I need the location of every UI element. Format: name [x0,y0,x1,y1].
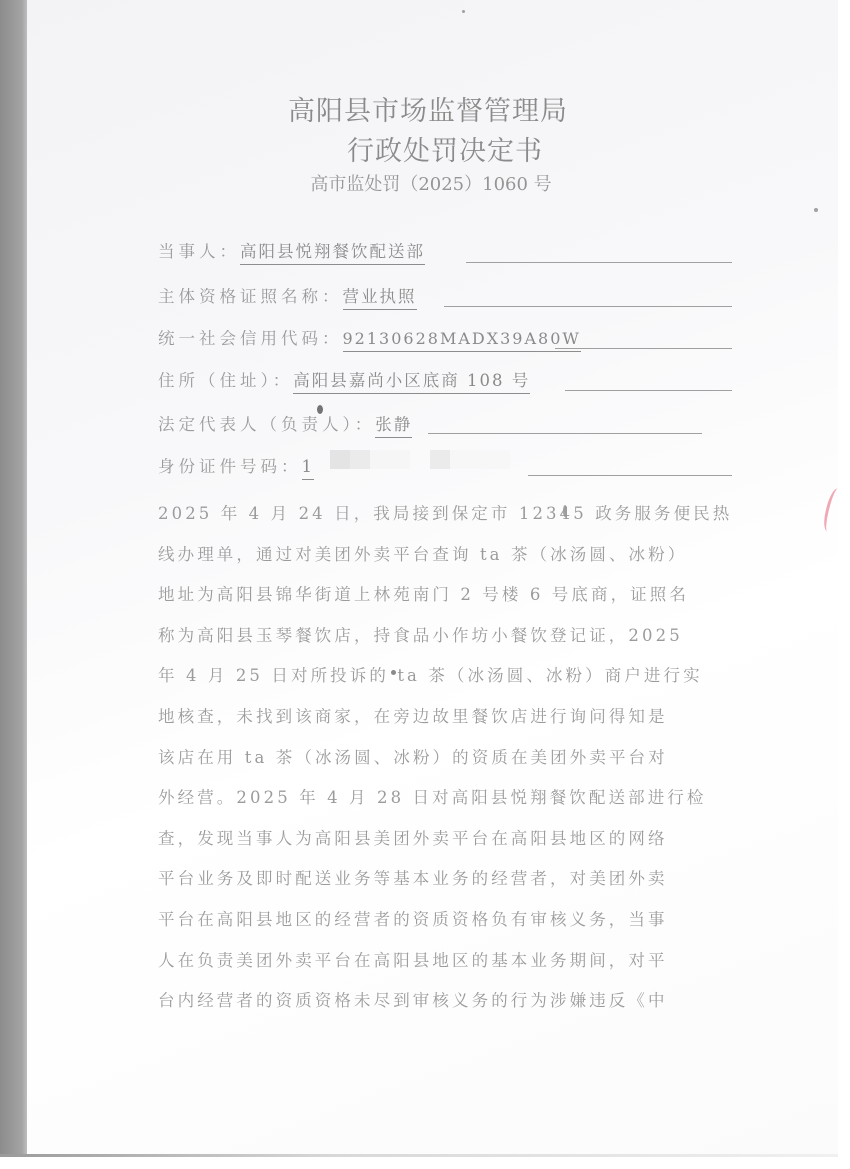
body-line: 该店在用 ta 茶（冰汤圆、冰粉）的资质在美团外卖平台对 [158,738,742,779]
field-license-name: 主体资格证照名称：营业执照 [158,283,417,313]
redaction-block [430,450,450,469]
field-party-value: 高阳县悦翔餐饮配送部 [240,240,425,265]
underline [565,390,732,391]
body-line: 平台在高阳县地区的经营者的资质资格负有审核义务，当事 [158,900,742,941]
body-paragraph: 2025 年 4 月 24 日，我局接到保定市 12345 政务服务便民热 线办… [158,494,742,1022]
body-line: 称为高阳县玉琴餐饮店，持食品小作坊小餐饮登记证，2025 [158,616,742,657]
body-line: 地址为高阳县锦华街道上林苑南门 2 号楼 6 号底商，证照名 [158,575,742,616]
underline [528,475,732,476]
field-legal-representative: 法定代表人（负责人）：张静 [158,411,412,441]
body-line: 地核查，未找到该商家，在旁边故里餐饮店进行询问得知是 [158,697,742,738]
field-id-number: 身份证件号码：1 [158,453,314,483]
scan-speck [462,10,465,13]
field-license-name-label: 主体资格证照名称： [158,287,343,306]
field-party-label: 当事人： [158,242,240,261]
underline [444,306,732,307]
field-party: 当事人：高阳县悦翔餐饮配送部 [158,238,425,268]
agency-name: 高阳县市场监督管理局 [6,92,850,132]
underline [555,348,732,349]
field-credit-code-label: 统一社会信用代码： [158,329,343,348]
field-address-label: 住所（住址）： [158,371,293,390]
field-legal-representative-label: 法定代表人（负责人）： [158,415,375,434]
field-address: 住所（住址）：高阳县嘉尚小区底商 108 号 [158,367,530,397]
redaction-block [330,450,350,469]
field-credit-code: 统一社会信用代码：92130628MADX39A80W [158,325,581,355]
body-line: 线办理单，通过对美团外卖平台查询 ta 茶（冰汤圆、冰粉） [158,535,742,576]
body-line: 2025 年 4 月 24 日，我局接到保定市 12345 政务服务便民热 [158,494,742,535]
redaction-block [450,450,510,469]
paper-bottom-edge [0,1154,838,1157]
field-credit-code-value: 92130628MADX39A80W [343,327,581,352]
body-line: 查，发现当事人为高阳县美团外卖平台在高阳县地区的网络 [158,819,742,860]
underline [466,262,732,263]
field-legal-representative-value: 张静 [375,413,412,438]
field-id-number-label: 身份证件号码： [158,457,302,476]
field-id-number-value: 1 [302,455,315,480]
body-line: 年 4 月 25 日对所投诉的 ta 茶（冰汤圆、冰粉）商户进行实 [158,656,742,697]
redaction-block [370,450,410,469]
document-type-title: 行政处罚决定书 [40,132,850,172]
underline [428,433,702,434]
redaction-block [350,450,370,469]
field-address-value: 高阳县嘉尚小区底商 108 号 [293,369,530,394]
field-license-name-value: 营业执照 [343,285,417,310]
document-header: 高阳县市场监督管理局 行政处罚决定书 高市监处罚（2025）1060 号 [0,92,850,198]
body-line: 外经营。2025 年 4 月 28 日对高阳县悦翔餐饮配送部进行检 [158,778,742,819]
document-number: 高市监处罚（2025）1060 号 [12,172,850,198]
body-line: 台内经营者的资质资格未尽到审核义务的行为涉嫌违反《中 [158,981,742,1022]
body-line: 平台业务及即时配送业务等基本业务的经营者，对美团外卖 [158,859,742,900]
body-line: 人在负责美团外卖平台在高阳县地区的基本业务期间，对平 [158,941,742,982]
scan-speck [814,208,818,212]
